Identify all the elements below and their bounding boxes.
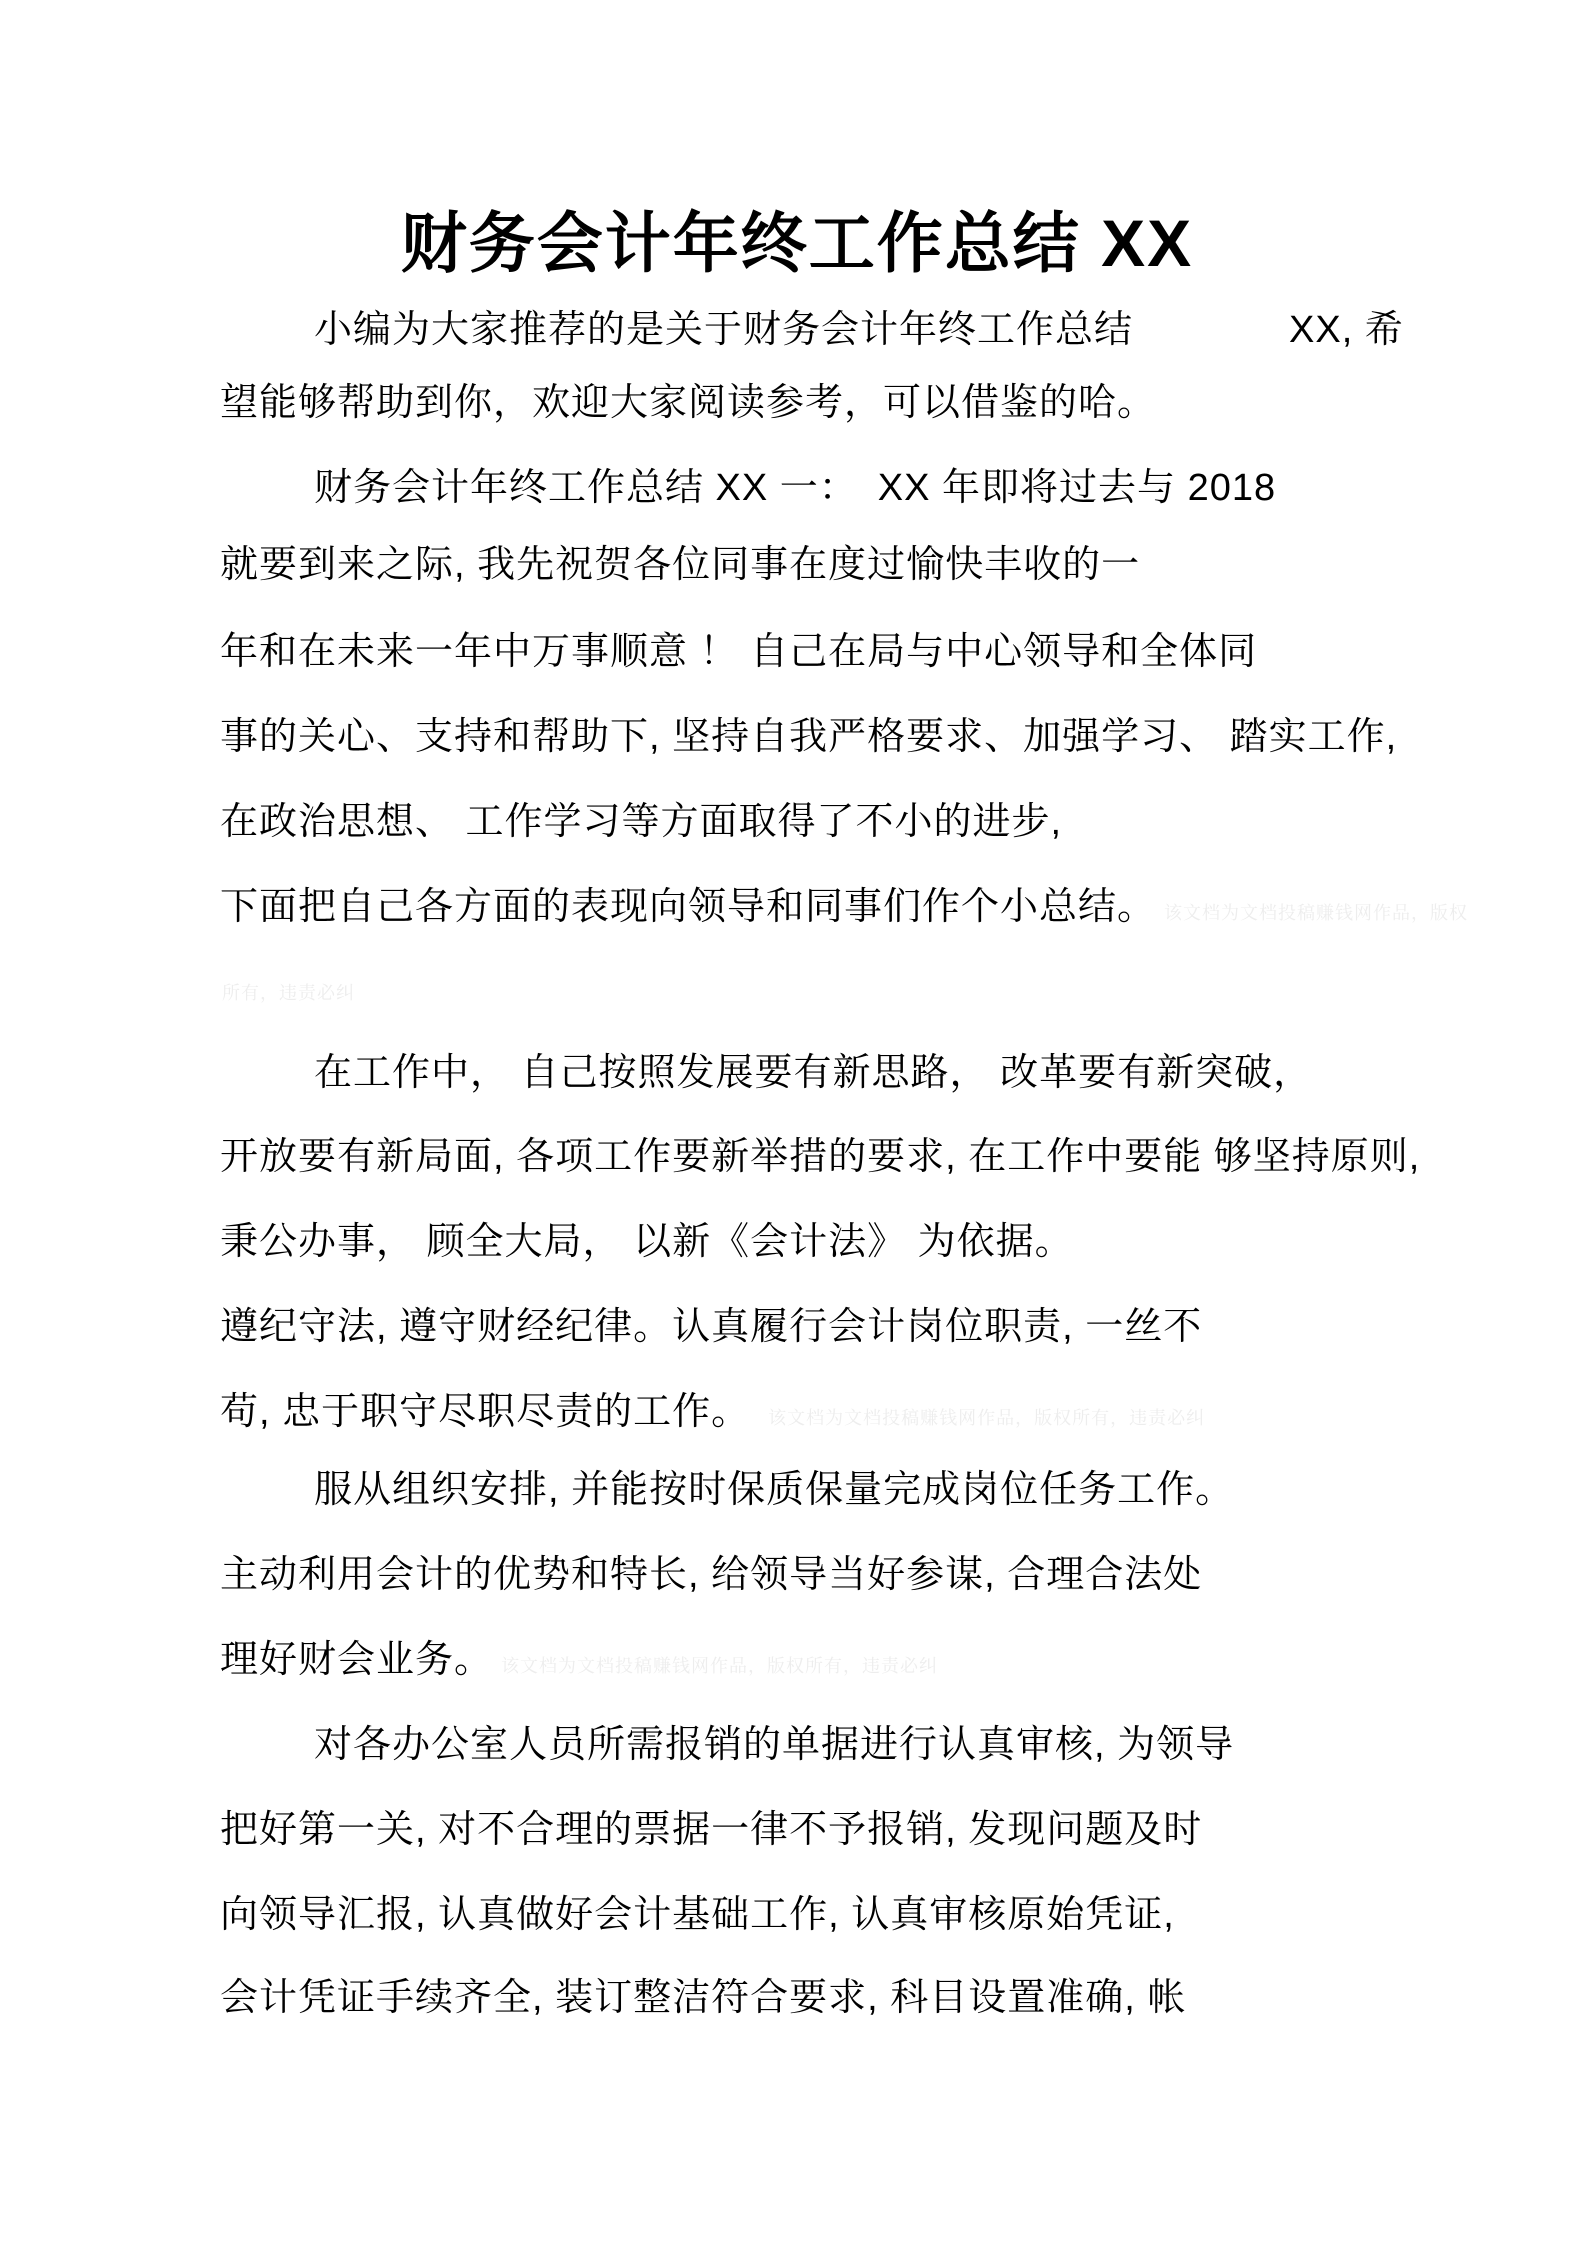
doc-line: 遵纪守法, 遵守财经纪律。认真履行会计岗位职责, 一丝不 (220, 1308, 1440, 1346)
doc-line: 服从组织安排, 并能按时保质保量完成岗位任务工作。 (220, 1471, 1534, 1509)
doc-line: 秉公办事， 顾全大局， 以新《会计法》 为依据。 (220, 1223, 1440, 1261)
doc-line: 对各办公室人员所需报销的单据进行认真审核, 为领导 (220, 1726, 1534, 1764)
doc-line: 开放要有新局面, 各项工作要新举措的要求, 在工作中要能 够坚持原则, (220, 1138, 1440, 1176)
watermark-text: 该文档为文档投稿赚钱网作品，版权 (1164, 903, 1468, 923)
line-text: 开放要有新局面, 各项工作要新举措的要求, 在工作中要能 够坚持原则, (220, 1136, 1420, 1178)
doc-line: 事的关心、支持和帮助下, 坚持自我严格要求、加强学习、 踏实工作, (220, 718, 1440, 756)
line-text: 事的关心、支持和帮助下, 坚持自我严格要求、加强学习、 踏实工作, (220, 716, 1397, 758)
line-text: 会计凭证手续齐全, 装订整洁符合要求, 科目设置准确, 帐 (220, 1977, 1186, 2019)
line-text: 向领导汇报, 认真做好会计基础工作, 认真审核原始凭证, (220, 1894, 1175, 1936)
line-text: 遵纪守法, 遵守财经纪律。认真履行会计岗位职责, 一丝不 (220, 1306, 1202, 1348)
line-text: 对各办公室人员所需报销的单据进行认真审核, 为领导 (314, 1724, 1234, 1766)
doc-line: 在政治思想、 工作学习等方面取得了不小的进步, (220, 803, 1440, 841)
line-text: 秉公办事， 顾全大局， 以新《会计法》 为依据。 (220, 1221, 1074, 1263)
doc-line: 把好第一关, 对不合理的票据一律不予报销, 发现问题及时 (220, 1811, 1440, 1849)
line-text: 服从组织安排, 并能按时保质保量完成岗位任务工作。 (314, 1469, 1234, 1511)
line-text: 小编为大家推荐的是关于财务会计年终工作总结 XX, 希 (314, 309, 1404, 351)
watermark-line: 所有，违责必纠 (222, 984, 355, 1002)
watermark-text: 该文档为文档投稿赚钱网作品，版权所有，违责必纠 (501, 1656, 938, 1676)
line-text: 年和在未来一年中万事顺意 ！ 自己在局与中心领导和全体同 (220, 631, 1257, 673)
line-text: 苟, 忠于职守尽职尽责的工作。 (220, 1391, 750, 1433)
doc-line: 在工作中， 自己按照发展要有新思路， 改革要有新突破， (220, 1054, 1534, 1092)
document-title: 财务会计年终工作总结 XX (0, 190, 1594, 285)
doc-line: 理好财会业务。该文档为文档投稿赚钱网作品，版权所有，违责必纠 (220, 1641, 1440, 1679)
line-text: 理好财会业务。 (220, 1639, 493, 1681)
doc-line: 会计凭证手续齐全, 装订整洁符合要求, 科目设置准确, 帐 (220, 1979, 1440, 2017)
doc-line: 年和在未来一年中万事顺意 ！ 自己在局与中心领导和全体同 (220, 633, 1440, 671)
doc-line: 小编为大家推荐的是关于财务会计年终工作总结 XX, 希 (220, 311, 1534, 349)
doc-line: 主动利用会计的优势和特长, 给领导当好参谋, 合理合法处 (220, 1556, 1440, 1594)
watermark-text: 所有，违责必纠 (222, 983, 355, 1003)
line-text: 财务会计年终工作总结 XX 一： XX 年即将过去与 2018 (314, 467, 1276, 509)
line-text: 在政治思想、 工作学习等方面取得了不小的进步, (220, 801, 1062, 843)
line-text: 在工作中， 自己按照发展要有新思路， 改革要有新突破， (314, 1052, 1312, 1094)
watermark-text: 该文档为文档投稿赚钱网作品，版权所有，违责必纠 (768, 1408, 1205, 1428)
doc-line: 苟, 忠于职守尽职尽责的工作。该文档为文档投稿赚钱网作品，版权所有，违责必纠 (220, 1393, 1440, 1431)
doc-line: 财务会计年终工作总结 XX 一： XX 年即将过去与 2018 (220, 469, 1534, 507)
doc-line: 望能够帮助到你，欢迎大家阅读参考，可以借鉴的哈。 (220, 384, 1440, 422)
line-text: 把好第一关, 对不合理的票据一律不予报销, 发现问题及时 (220, 1809, 1202, 1851)
line-text: 主动利用会计的优势和特长, 给领导当好参谋, 合理合法处 (220, 1554, 1202, 1596)
line-text: 下面把自己各方面的表现向领导和同事们作个小总结。 (220, 886, 1156, 928)
line-text: 就要到来之际, 我先祝贺各位同事在度过愉快丰收的一 (220, 544, 1140, 586)
doc-line: 就要到来之际, 我先祝贺各位同事在度过愉快丰收的一 (220, 546, 1440, 584)
doc-line: 向领导汇报, 认真做好会计基础工作, 认真审核原始凭证, (220, 1896, 1440, 1934)
document-page: 财务会计年终工作总结 XX 小编为大家推荐的是关于财务会计年终工作总结 XX, … (0, 0, 1594, 2256)
doc-line: 下面把自己各方面的表现向领导和同事们作个小总结。该文档为文档投稿赚钱网作品，版权 (220, 888, 1440, 926)
line-text: 望能够帮助到你，欢迎大家阅读参考，可以借鉴的哈。 (220, 382, 1156, 424)
